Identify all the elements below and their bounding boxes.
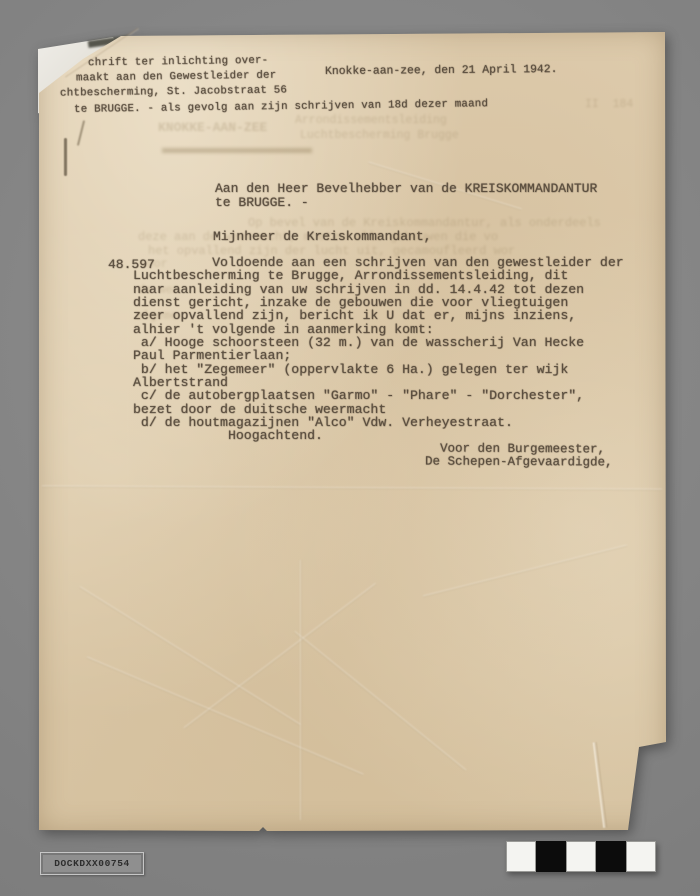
- annotation-line: chrift ter inlichting over-: [88, 55, 268, 70]
- ghost-text: Luchtbescherming Brugge: [300, 129, 459, 142]
- scale-bar-square-white: [566, 841, 596, 872]
- salutation: Mijnheer de Kreiskommandant,: [213, 230, 431, 244]
- ghost-smudge: [162, 148, 312, 153]
- closing-line: De Schepen-Afgevaardigde,: [425, 455, 613, 470]
- body-line: Hoogachtend.: [133, 429, 323, 442]
- scale-bar: [506, 841, 656, 872]
- ghost-text: KNOKKE-AAN-ZEE: [158, 120, 267, 135]
- document-paper: [37, 30, 666, 832]
- body-line: zeer opvallend zijn, bericht ik U dat er…: [133, 309, 576, 322]
- recipient-line: te BRUGGE. -: [215, 196, 309, 210]
- body-line: Luchtbescherming te Brugge, Arrondisseme…: [133, 269, 568, 282]
- scan-background: Arrondissementsleiding Luchtbescherming …: [0, 0, 700, 896]
- crease: [300, 560, 302, 820]
- ghost-text: II 184: [585, 98, 633, 111]
- scale-bar-square-black: [596, 841, 626, 872]
- body-line: c/ de autobergplaatsen "Garmo" - "Phare"…: [133, 389, 584, 402]
- paper-group: Arrondissementsleiding Luchtbescherming …: [0, 0, 700, 896]
- dateline: Knokke-aan-zee, den 21 April 1942.: [325, 64, 558, 78]
- body-line: Paul Parmentierlaan;: [133, 349, 291, 362]
- ghost-text: Op bevel van de Kreiskommandantur, als o…: [248, 216, 601, 230]
- archive-label: DOCKDXX00754: [40, 852, 144, 875]
- scale-bar-square-white: [626, 841, 656, 872]
- staple-mark: [64, 138, 67, 176]
- scale-bar-square-black: [536, 841, 566, 872]
- ghost-text: Arrondissementsleiding: [295, 114, 447, 127]
- scale-bar-square-white: [506, 841, 536, 872]
